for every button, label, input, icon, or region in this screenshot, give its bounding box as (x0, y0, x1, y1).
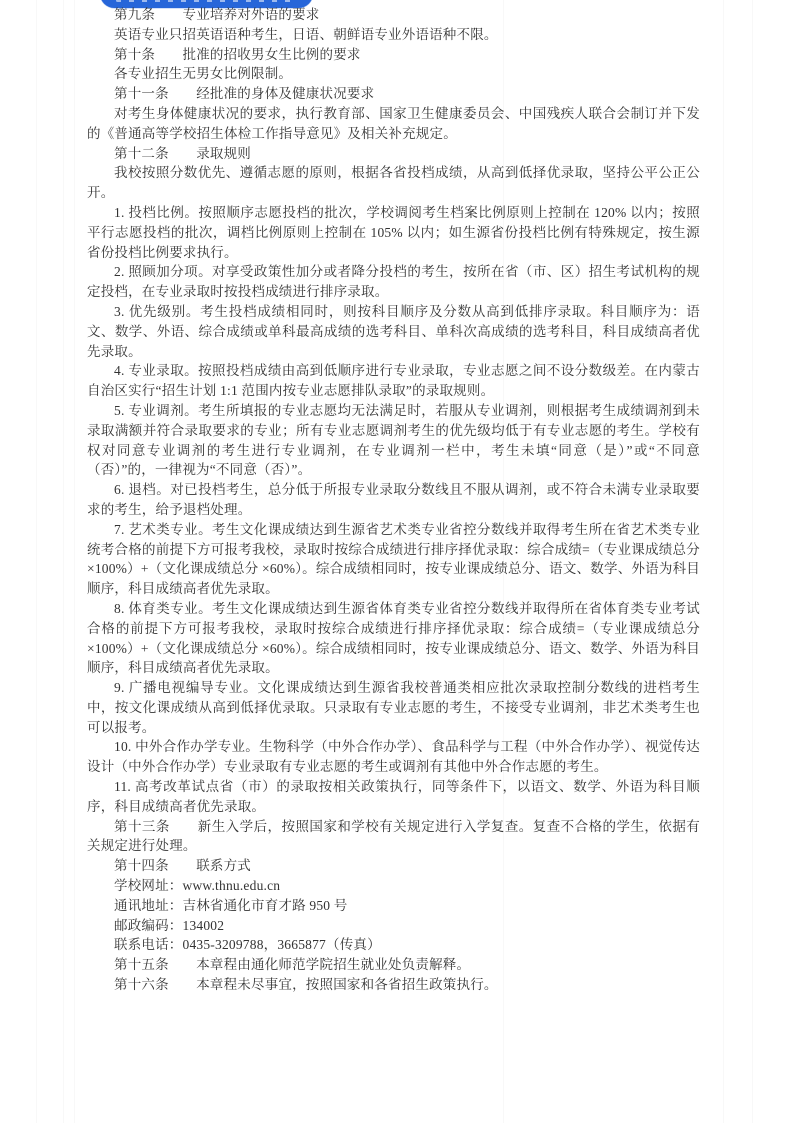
clipped-pill-text-remnant (116, 0, 297, 2)
doc-paragraph: 联系电话：0435-3209788，3665877（传真） (87, 935, 700, 955)
doc-paragraph: 5. 专业调剂。考生所填报的专业志愿均无法满足时，若服从专业调剂，则根据考生成绩… (87, 401, 700, 480)
scan-artifact-line (752, 0, 753, 1123)
doc-paragraph: 各专业招生无男女比例限制。 (87, 64, 700, 84)
doc-paragraph: 第十六条 本章程未尽事宜，按照国家和各省招生政策执行。 (87, 975, 700, 995)
doc-paragraph: 通讯地址：吉林省通化市育才路 950 号 (87, 896, 700, 916)
scan-artifact-line (36, 0, 37, 1123)
doc-paragraph: 第十二条 录取规则 (87, 144, 700, 164)
doc-paragraph: 第十五条 本章程由通化师范学院招生就业处负责解释。 (87, 955, 700, 975)
doc-paragraph: 我校按照分数优先、遵循志愿的原则，根据各省投档成绩，从高到低择优录取，坚持公平公… (87, 163, 700, 203)
scan-artifact-line (723, 0, 724, 1123)
doc-paragraph: 英语专业只招英语语种考生，日语、朝鲜语专业外语语种不限。 (87, 25, 700, 45)
doc-paragraph: 10. 中外合作办学专业。生物科学（中外合作办学）、食品科学与工程（中外合作办学… (87, 737, 700, 777)
doc-paragraph: 第十条 批准的招收男女生比例的要求 (87, 45, 700, 65)
scan-artifact-line (63, 0, 64, 1123)
doc-paragraph: 第十一条 经批准的身体及健康状况要求 (87, 84, 700, 104)
doc-paragraph: 7. 艺术类专业。考生文化课成绩达到生源省艺术类专业省控分数线并取得考生所在省艺… (87, 520, 700, 599)
document-body: 第九条 专业培养对外语的要求英语专业只招英语语种考生，日语、朝鲜语专业外语语种不… (87, 5, 700, 995)
doc-paragraph: 9. 广播电视编导专业。文化课成绩达到生源省我校普通类相应批次录取控制分数线的进… (87, 678, 700, 737)
doc-paragraph: 学校网址：www.thnu.edu.cn (87, 876, 700, 896)
doc-paragraph: 邮政编码：134002 (87, 916, 700, 936)
doc-paragraph: 2. 照顾加分项。对享受政策性加分或者降分投档的考生，按所在省（市、区）招生考试… (87, 262, 700, 302)
scan-artifact-line (74, 0, 75, 1123)
doc-paragraph: 4. 专业录取。按照投档成绩由高到低顺序进行专业录取，专业志愿之间不设分数级差。… (87, 361, 700, 401)
doc-paragraph: 第十三条 新生入学后，按照国家和学校有关规定进行入学复查。复查不合格的学生，依据… (87, 817, 700, 857)
document-page: 第九条 专业培养对外语的要求英语专业只招英语语种考生，日语、朝鲜语专业外语语种不… (0, 0, 793, 1123)
doc-paragraph: 8. 体育类专业。考生文化课成绩达到生源省体育类专业省控分数线并取得所在省体育类… (87, 599, 700, 678)
doc-paragraph: 6. 退档。对已投档考生，总分低于所报专业录取分数线且不服从调剂，或不符合未满专… (87, 480, 700, 520)
doc-paragraph: 第十四条 联系方式 (87, 856, 700, 876)
doc-paragraph: 1. 投档比例。按照顺序志愿投档的批次，学校调阅考生档案比例原则上控制在 120… (87, 203, 700, 262)
doc-paragraph: 对考生身体健康状况的要求，执行教育部、国家卫生健康委员会、中国残疾人联合会制订并… (87, 104, 700, 144)
doc-paragraph: 第九条 专业培养对外语的要求 (87, 5, 700, 25)
doc-paragraph: 3. 优先级别。考生投档成绩相同时，则按科目顺序及分数从高到低排序录取。科目顺序… (87, 302, 700, 361)
doc-paragraph: 11. 高考改革试点省（市）的录取按相关政策执行，同等条件下，以语文、数学、外语… (87, 777, 700, 817)
